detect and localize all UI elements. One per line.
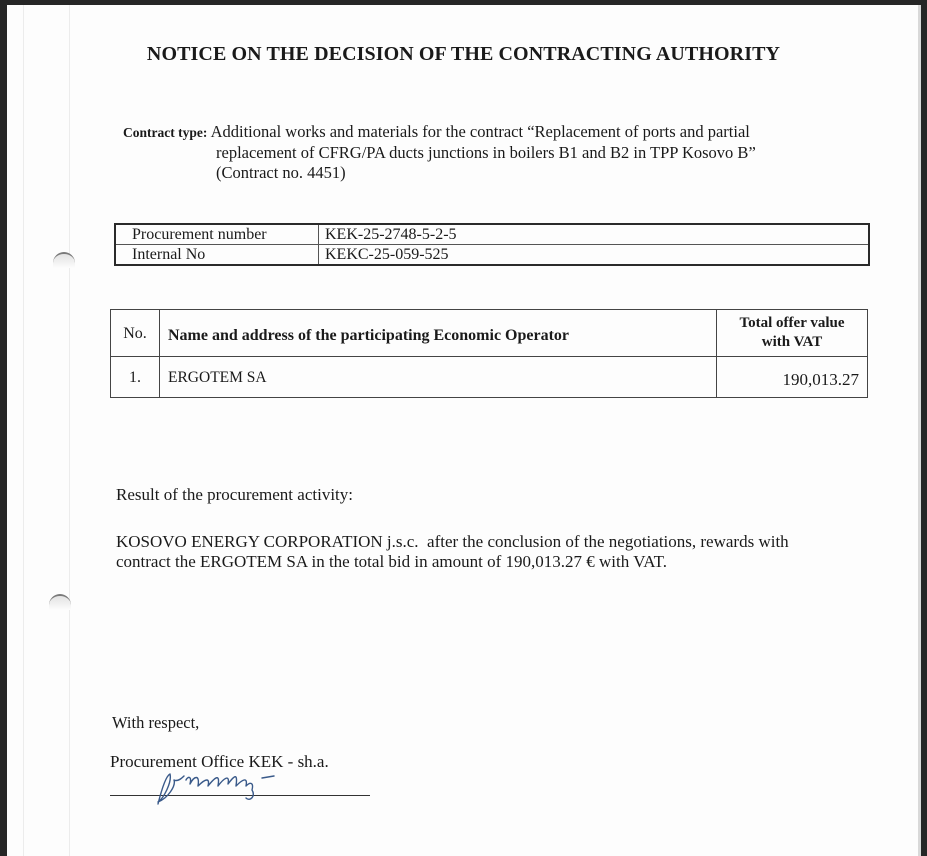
internal-no-label: Internal No xyxy=(115,245,319,266)
header-no: No. xyxy=(111,310,160,357)
row-value: 190,013.27 xyxy=(717,357,868,398)
table-row: Procurement number KEK-25-2748-5-2-5 xyxy=(115,224,869,245)
fold-line xyxy=(23,5,24,856)
table-header-row: No. Name and address of the participatin… xyxy=(111,310,868,357)
procurement-info-table: Procurement number KEK-25-2748-5-2-5 Int… xyxy=(114,223,870,266)
contract-type-label: Contract type: xyxy=(123,125,207,140)
result-text: KOSOVO ENERGY CORPORATION j.s.c. after t… xyxy=(116,532,846,572)
contract-type-line1: Additional works and materials for the c… xyxy=(211,122,750,141)
result-heading: Result of the procurement activity: xyxy=(116,485,353,505)
header-total-value: Total offer value with VAT xyxy=(717,310,868,357)
page-edge xyxy=(918,5,921,856)
closing-salutation: With respect, xyxy=(112,713,199,733)
contract-type-line3: (Contract no. 4451) xyxy=(123,163,823,183)
bids-table: No. Name and address of the participatin… xyxy=(110,309,868,398)
row-operator: ERGOTEM SA xyxy=(160,357,717,398)
punch-hole-icon xyxy=(49,594,71,610)
internal-no-value: KEKC-25-059-525 xyxy=(319,245,870,266)
fold-line xyxy=(69,5,70,856)
header-total-value-line2: with VAT xyxy=(762,334,822,350)
contract-type-line2: replacement of CFRG/PA ducts junctions i… xyxy=(123,143,823,163)
punch-hole-icon xyxy=(53,252,75,268)
header-operator: Name and address of the participating Ec… xyxy=(160,310,717,357)
contract-type: Contract type: Additional works and mate… xyxy=(123,122,823,183)
document-title: NOTICE ON THE DECISION OF THE CONTRACTIN… xyxy=(0,43,927,66)
result-line2: contract the ERGOTEM SA in the total bid… xyxy=(116,552,667,571)
row-no: 1. xyxy=(111,357,160,398)
header-total-value-line1: Total offer value xyxy=(740,315,845,331)
table-row: Internal No KEKC-25-059-525 xyxy=(115,245,869,266)
table-row: 1. ERGOTEM SA 190,013.27 xyxy=(111,357,868,398)
procurement-number-value: KEK-25-2748-5-2-5 xyxy=(319,224,870,245)
signature-icon xyxy=(150,768,320,808)
procurement-number-label: Procurement number xyxy=(115,224,319,245)
result-line1: KOSOVO ENERGY CORPORATION j.s.c. after t… xyxy=(116,532,789,551)
